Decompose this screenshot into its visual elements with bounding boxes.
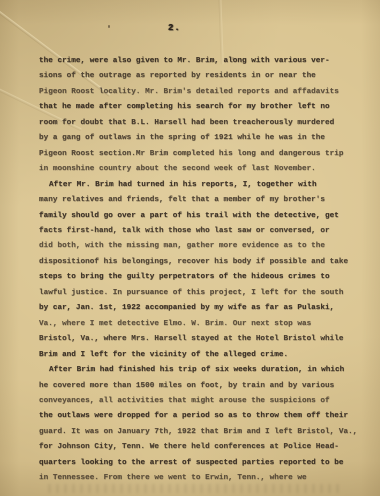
document-line: room for doubt that B.L. Harsell had bee… bbox=[39, 116, 369, 131]
document-line: dispositionof his belongings, recover hi… bbox=[39, 255, 369, 270]
document-line: sions of the outrage as reported by resi… bbox=[39, 69, 369, 84]
document-line: by a gang of outlaws in the spring of 19… bbox=[39, 131, 369, 146]
document-line: Pigeon Roost section.Mr Brim completed h… bbox=[39, 147, 369, 162]
typewritten-page: 2. the crime, were also given to Mr. Bri… bbox=[0, 0, 380, 496]
ink-speck bbox=[108, 25, 110, 28]
document-line: for Johnson City, Tenn. We there held co… bbox=[39, 440, 369, 455]
document-line: After Brim had finished his trip of six … bbox=[39, 363, 369, 378]
document-line: in moonshine country about the second we… bbox=[39, 162, 369, 177]
document-line: the crime, were also given to Mr. Brim, … bbox=[39, 54, 369, 69]
document-line: Va., where I met detective Elmo. W. Brim… bbox=[39, 317, 369, 332]
document-line: the outlaws were dropped for a period so… bbox=[39, 409, 369, 424]
page-number: 2. bbox=[168, 23, 181, 33]
document-line: in Tennessee. From there we went to Erwi… bbox=[39, 471, 369, 486]
document-line: family should go over a part of his trai… bbox=[39, 209, 369, 224]
document-line: many relatives and friends, felt that a … bbox=[39, 193, 369, 208]
document-line: steps to bring the guilty perpetrators o… bbox=[39, 270, 369, 285]
document-line: lawful justice. In pursuance of this pro… bbox=[39, 286, 369, 301]
document-line: After Mr. Brim had turned in his reports… bbox=[39, 178, 369, 193]
document-line: Brim and I left for the vicinity of the … bbox=[39, 348, 369, 363]
document-line: he covered more than 1500 miles on foot,… bbox=[39, 379, 369, 394]
document-line: conveyances, all activities that might a… bbox=[39, 394, 369, 409]
document-line: quarters looking to the arrest of suspec… bbox=[39, 456, 369, 471]
document-line: by car, Jan. 1st, 1922 accompanied by my… bbox=[39, 301, 369, 316]
document-line: Pigeon Roost locality. Mr. Brim's detail… bbox=[39, 85, 369, 100]
document-line: guard. It was on January 7th, 1922 that … bbox=[39, 425, 369, 440]
document-line: did both, with the missing man, gather m… bbox=[39, 239, 369, 254]
document-body: the crime, were also given to Mr. Brim, … bbox=[39, 54, 369, 487]
document-line: Bristol, Va., where Mrs. Harsell stayed … bbox=[39, 332, 369, 347]
document-line: facts first-hand, talk with those who la… bbox=[39, 224, 369, 239]
document-line: that he made after completing his search… bbox=[39, 100, 369, 115]
